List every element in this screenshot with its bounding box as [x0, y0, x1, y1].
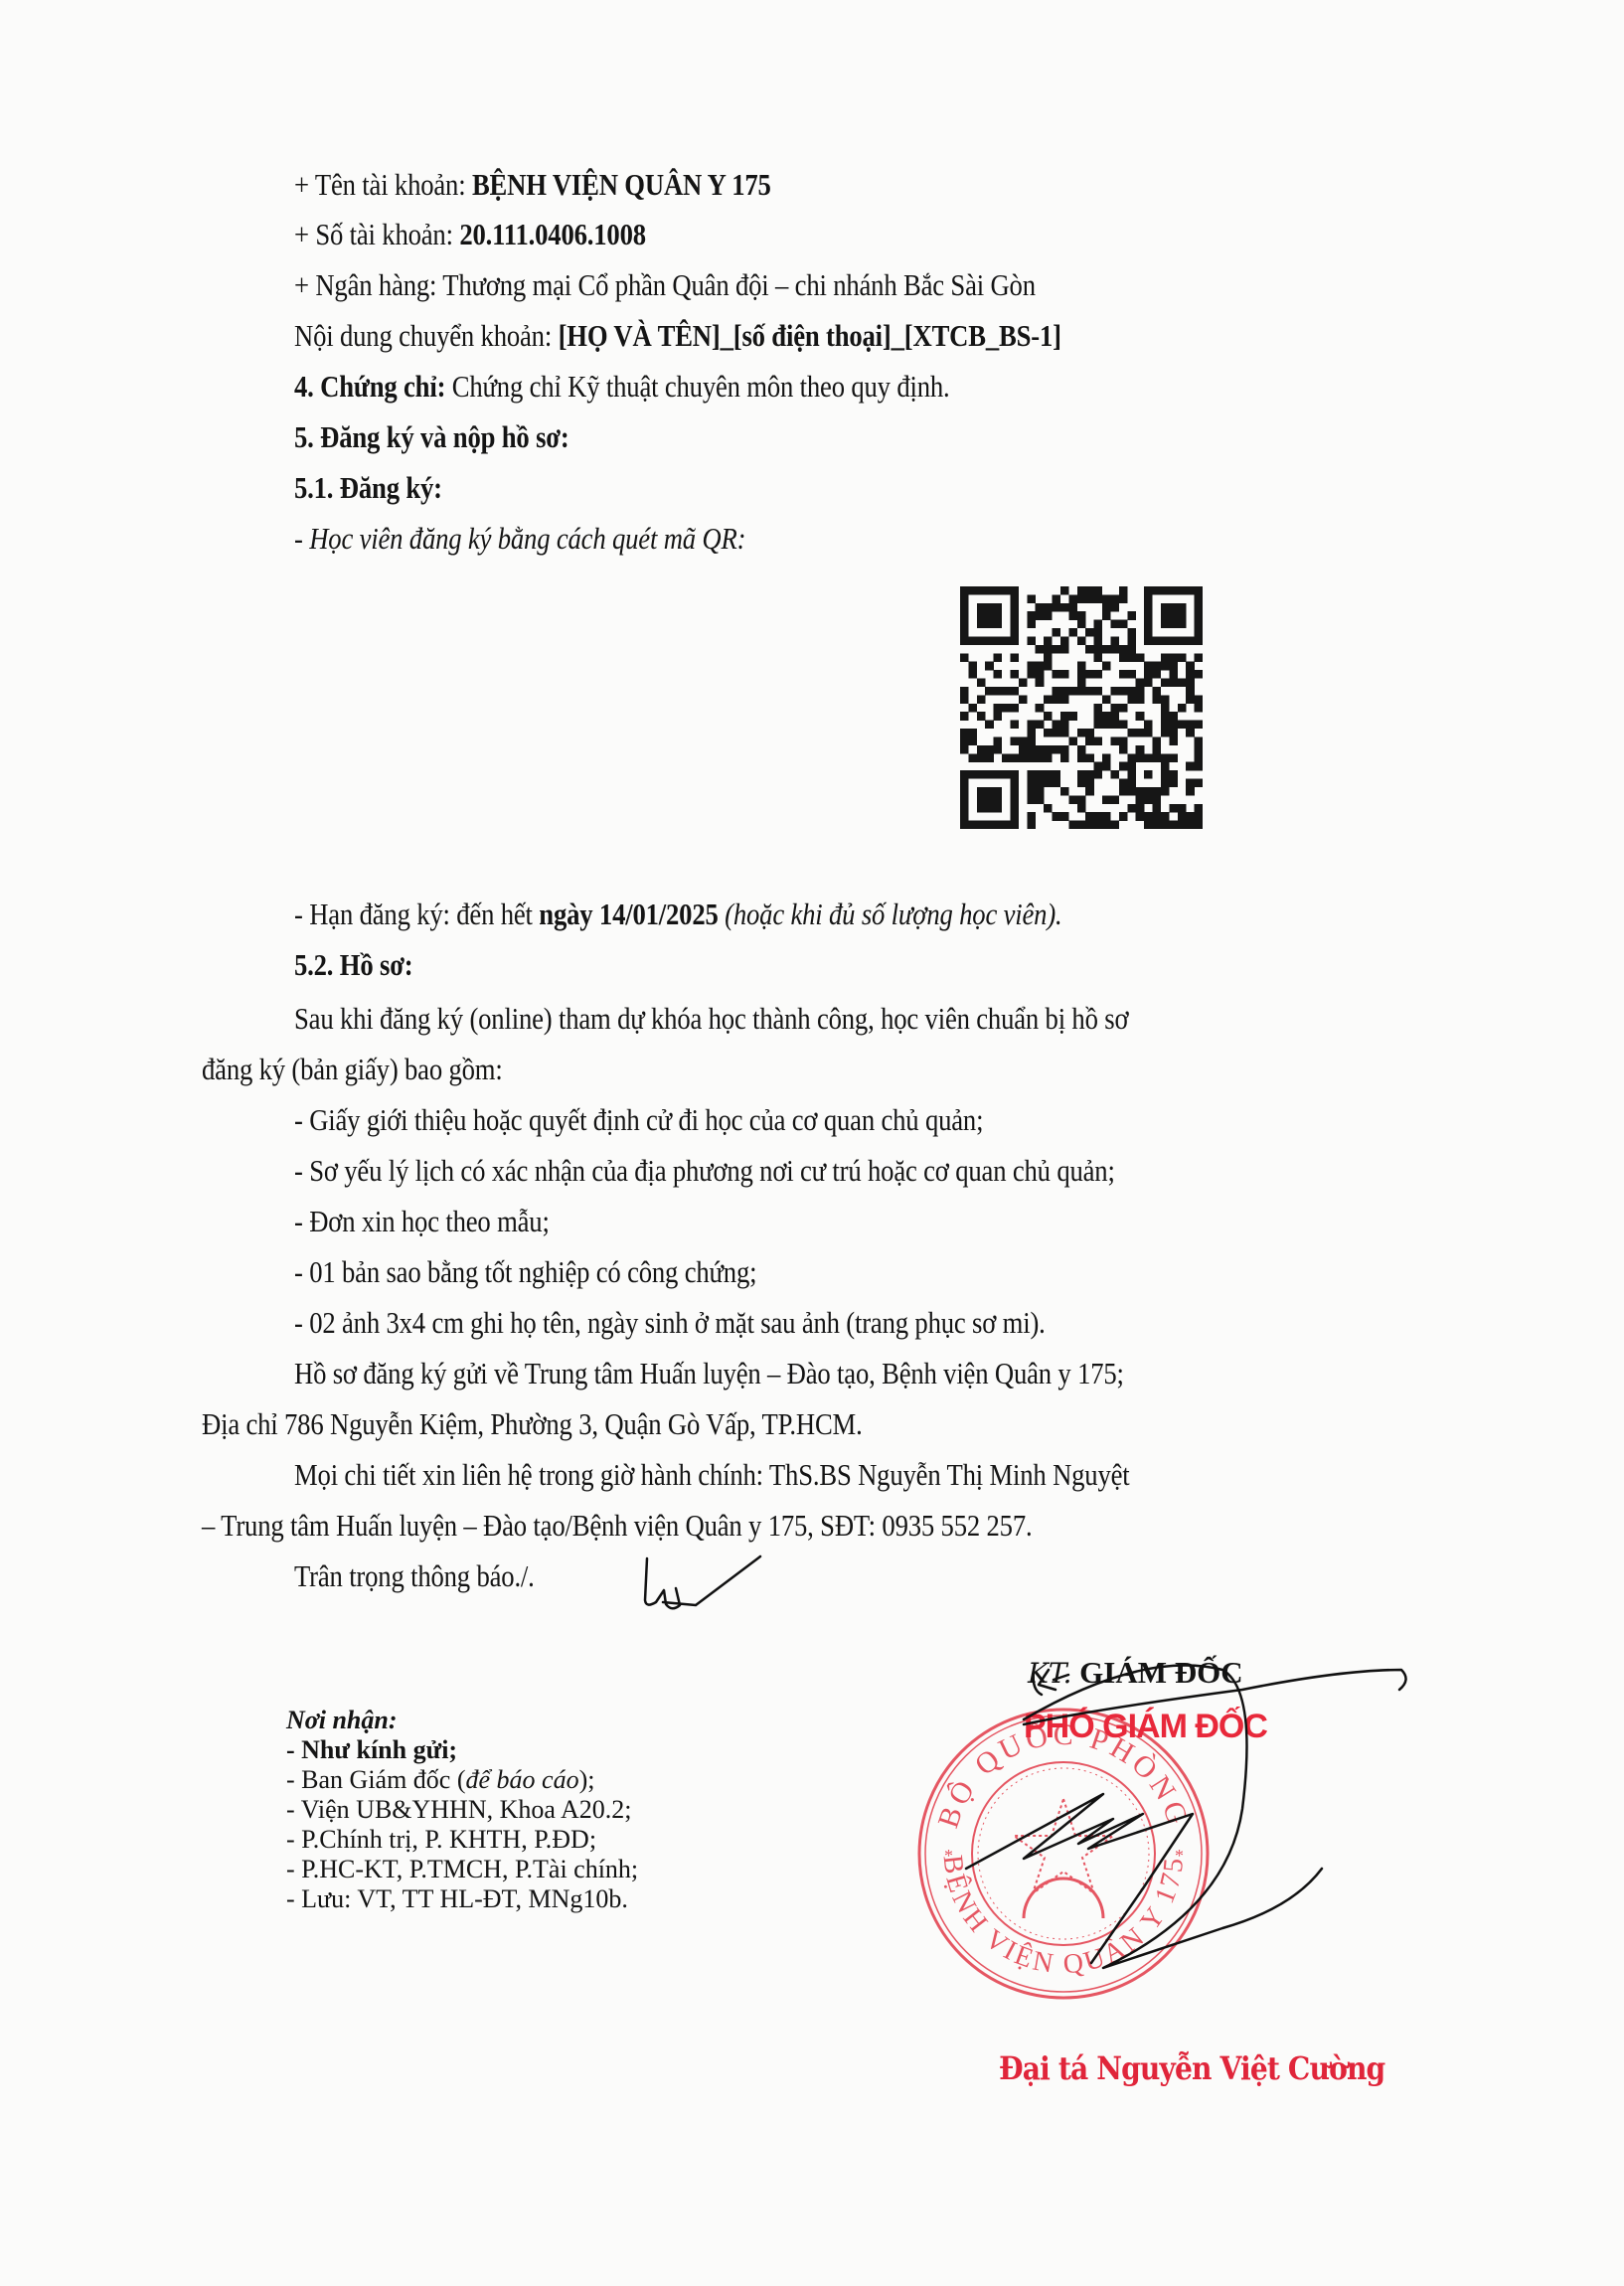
- certificate-heading: 4. Chứng chỉ:: [294, 369, 445, 404]
- dossier-item: - 01 bản sao bằng tốt nghiệp có công chứ…: [294, 1252, 756, 1292]
- recipient-item: - P.HC-KT, P.TMCH, P.Tài chính;: [286, 1855, 638, 1883]
- recipient-board-note: để báo cáo: [466, 1765, 579, 1794]
- transfer-content-line: Nội dung chuyển khoản: [HỌ VÀ TÊN]_[số đ…: [294, 316, 1061, 356]
- recipient-item: - P.Chính trị, P. KHTH, P.ĐD;: [286, 1825, 596, 1854]
- certificate-line: 4. Chứng chỉ: Chứng chỉ Kỹ thuật chuyên …: [294, 367, 950, 407]
- dossier-item: - Sơ yếu lý lịch có xác nhận của địa phư…: [294, 1151, 1115, 1191]
- kt-prefix: KT.: [1028, 1657, 1071, 1690]
- certificate-text: Chứng chỉ Kỹ thuật chuyên môn theo quy đ…: [445, 369, 949, 404]
- registration-sub1-heading: 5.1. Đăng ký:: [294, 468, 442, 508]
- recipient-item: - Ban Giám đốc (để báo cáo);: [286, 1765, 595, 1794]
- contact-line-1: Mọi chi tiết xin liên hệ trong giờ hành …: [294, 1455, 1130, 1495]
- recipient-board-prefix: - Ban Giám đốc (: [286, 1765, 466, 1794]
- qr-instruction: - Học viên đăng ký bằng cách quét mã QR:: [294, 519, 745, 559]
- dossier-item: - Đơn xin học theo mẫu;: [294, 1202, 550, 1241]
- recipients-heading: Nơi nhận:: [286, 1706, 398, 1734]
- signature-title: KT. GIÁM ĐỐC: [1028, 1655, 1243, 1691]
- dossier-item: - Giấy giới thiệu hoặc quyết định cử đi …: [294, 1100, 983, 1140]
- director-title: GIÁM ĐỐC: [1079, 1655, 1242, 1690]
- submit-line-1: Hồ sơ đăng ký gửi về Trung tâm Huấn luyệ…: [294, 1354, 1124, 1393]
- registration-sub2-heading: 5.2. Hồ sơ:: [294, 945, 413, 985]
- recipient-item: - Như kính gửi;: [286, 1735, 457, 1764]
- account-number-line: + Số tài khoản: 20.111.0406.1008: [294, 215, 646, 254]
- official-stamp: BỘ QUỐC PHÒNG BỆNH VIỆN QUÂN Y 175 * *: [914, 1705, 1213, 2003]
- deadline-prefix: - Hạn đăng ký: đến hết: [294, 897, 539, 931]
- account-number-value: 20.111.0406.1008: [459, 217, 646, 251]
- deadline-date: ngày 14/01/2025: [539, 897, 718, 931]
- dossier-intro-1: Sau khi đăng ký (online) tham dự khóa họ…: [294, 999, 1128, 1039]
- recipient-item: - Viện UB&YHHN, Khoa A20.2;: [286, 1795, 632, 1824]
- closing-line: Trân trọng thông báo./.: [294, 1556, 535, 1596]
- contact-line-2: – Trung tâm Huấn luyện – Đào tạo/Bệnh vi…: [202, 1506, 1032, 1546]
- submit-line-2: Địa chỉ 786 Nguyễn Kiệm, Phường 3, Quận …: [202, 1404, 863, 1444]
- deputy-director-title: PHÓ GIÁM ĐỐC: [1024, 1708, 1267, 1746]
- transfer-content-value: [HỌ VÀ TÊN]_[số điện thoại]_[XTCB_BS-1]: [559, 318, 1061, 353]
- transfer-label: Nội dung chuyển khoản:: [294, 318, 559, 353]
- account-name-label: + Tên tài khoản:: [294, 167, 472, 202]
- bank-line: + Ngân hàng: Thương mại Cổ phần Quân đội…: [294, 265, 1036, 305]
- document-page: + Tên tài khoản: BỆNH VIỆN QUÂN Y 175 + …: [0, 0, 1624, 2286]
- dossier-intro-2: đăng ký (bản giấy) bao gồm:: [202, 1050, 503, 1089]
- svg-text:*: *: [1175, 1846, 1184, 1866]
- deadline-note: (hoặc khi đủ số lượng học viên).: [719, 897, 1062, 931]
- qr-code-icon[interactable]: [960, 586, 1203, 829]
- account-number-label: + Số tài khoản:: [294, 217, 459, 251]
- account-name-line: + Tên tài khoản: BỆNH VIỆN QUÂN Y 175: [294, 165, 771, 205]
- account-name-value: BỆNH VIỆN QUÂN Y 175: [472, 167, 771, 202]
- svg-text:*: *: [944, 1846, 953, 1866]
- dossier-item: - 02 ảnh 3x4 cm ghi họ tên, ngày sinh ở …: [294, 1303, 1046, 1343]
- registration-heading: 5. Đăng ký và nộp hồ sơ:: [294, 417, 569, 457]
- recipient-item: - Lưu: VT, TT HL-ĐT, MNg10b.: [286, 1884, 628, 1913]
- recipient-board-suffix: );: [579, 1765, 595, 1794]
- signer-name: Đại tá Nguyễn Việt Cường: [999, 2049, 1384, 2087]
- deadline-line: - Hạn đăng ký: đến hết ngày 14/01/2025 (…: [294, 895, 1062, 934]
